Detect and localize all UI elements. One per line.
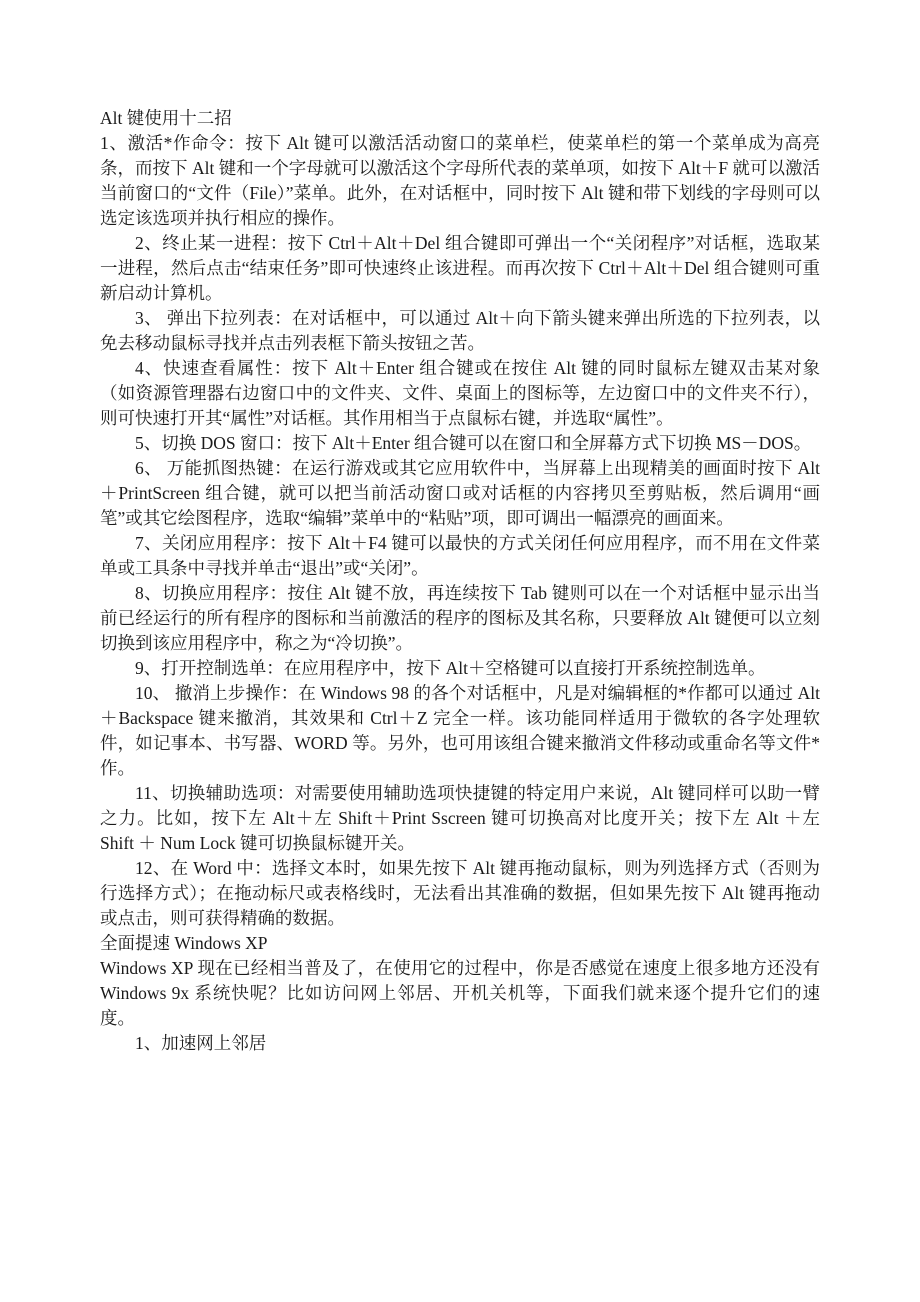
tip-9: 9、打开控制选单：在应用程序中，按下 Alt＋空格键可以直接打开系统控制选单。 [100, 656, 820, 681]
document-page: Alt 键使用十二招 1、激活*作命令：按下 Alt 键可以激活活动窗口的菜单栏… [0, 0, 920, 1302]
doc-title: Alt 键使用十二招 [100, 106, 820, 131]
tip-11: 11、切换辅助选项：对需要使用辅助选项快捷键的特定用户来说，Alt 键同样可以助… [100, 781, 820, 856]
tip-7: 7、关闭应用程序：按下 Alt＋F4 键可以最快的方式关闭任何应用程序，而不用在… [100, 531, 820, 581]
tip-3: 3、 弹出下拉列表：在对话框中，可以通过 Alt＋向下箭头键来弹出所选的下拉列表… [100, 306, 820, 356]
section2-intro: Windows XP 现在已经相当普及了，在使用它的过程中，你是否感觉在速度上很… [100, 956, 820, 1031]
tip-8: 8、切换应用程序：按住 Alt 键不放，再连续按下 Tab 键则可以在一个对话框… [100, 581, 820, 656]
section2-heading: 全面提速 Windows XP [100, 931, 820, 956]
section2-item1: 1、加速网上邻居 [100, 1031, 820, 1056]
tip-6: 6、 万能抓图热键：在运行游戏或其它应用软件中，当屏幕上出现精美的画面时按下 A… [100, 456, 820, 531]
tip-4: 4、快速查看属性：按下 Alt＋Enter 组合键或在按住 Alt 键的同时鼠标… [100, 356, 820, 431]
tip-5: 5、切换 DOS 窗口：按下 Alt＋Enter 组合键可以在窗口和全屏幕方式下… [100, 431, 820, 456]
tip-10: 10、 撤消上步操作：在 Windows 98 的各个对话框中，凡是对编辑框的*… [100, 681, 820, 781]
tip-12: 12、在 Word 中：选择文本时，如果先按下 Alt 键再拖动鼠标，则为列选择… [100, 856, 820, 931]
tip-1: 1、激活*作命令：按下 Alt 键可以激活活动窗口的菜单栏，使菜单栏的第一个菜单… [100, 131, 820, 231]
tip-2: 2、终止某一进程：按下 Ctrl＋Alt＋Del 组合键即可弹出一个“关闭程序”… [100, 231, 820, 306]
